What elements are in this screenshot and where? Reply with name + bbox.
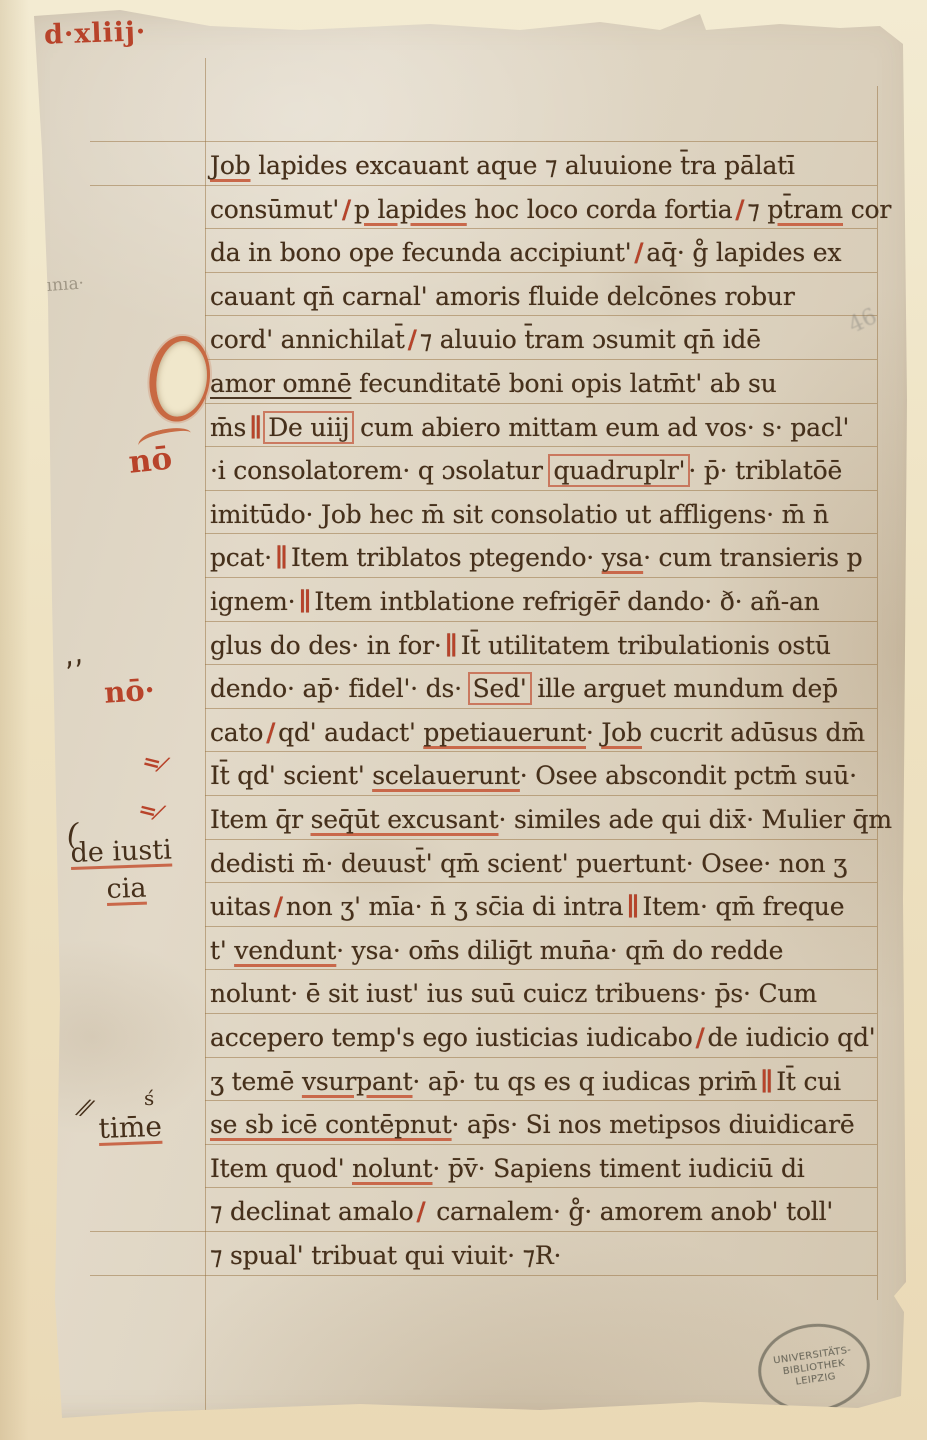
text-segment: Sed' [470,674,530,703]
text-segment: accepero temp's ego iusticias iudicabo [210,1023,693,1052]
text-segment: nolunt [352,1154,432,1183]
text-line-2: consūmut'/p lapides hoc loco corda forti… [210,190,891,234]
rubric-mark: / [263,718,278,747]
text-segment: hoc loco corda fortia [467,195,733,224]
photo-backdrop: Job lapides excauant aque ⁊ aluuione t̄r… [0,0,927,1440]
text-line-12: glus do des· in for·∥It̄ utilitatem trib… [210,626,831,670]
text-segment: imitūdo· Job hec m̄ sit consolatio ut af… [210,500,829,529]
text-line-25: ⁊ declinat amalo/ carnalem· g̊· amorem a… [210,1192,833,1236]
rubric-mark: / [693,1023,708,1052]
text-line-19: t' vendunt· ysa· om̄s diliḡt mun̄a· qm̄ … [210,931,783,975]
text-segment: da in bono ope fecunda accipiunt' [210,238,631,267]
text-segment: pcat· [210,543,272,572]
text-segment: seq̄ūt excusant [311,805,499,834]
ruling-line-horizontal [90,141,877,142]
text-segment: quadruplr' [550,456,688,485]
text-segment: · p̄· triblatōē [688,456,842,485]
rubric-mark: / [271,892,286,921]
text-segment: · p̄v̄· Sapiens timent iudiciū di [432,1154,804,1183]
rubric-margin-mark-2: =⁄ [136,796,164,827]
text-segment: ille arguet mundum dep̄ [530,674,838,703]
folio-number: d·xliij· [43,16,146,51]
text-line-13: dendo· ap̄· fidel'· ds· Sed' ille arguet… [210,669,838,713]
text-segment: p lapides [354,195,467,224]
rubric-mark: / [414,1197,429,1226]
text-segment: qd' audact' [278,718,423,747]
text-segment: nolunt· ē sit iust' ius suū cuicz tribue… [210,979,817,1008]
margin-note-iustitia-line2: cia [106,873,147,905]
text-line-15: It̄ qd' scient' scelauerunt· Osee abscon… [210,756,857,800]
margin-note-iustitia-line1: de iusti [70,834,172,869]
text-line-16: Item q̄r seq̄ūt excusant· similes ade qu… [210,800,892,844]
text-segment: ⁊ spual' tribuat qui viuit· ⁊R· [210,1241,561,1270]
text-segment: It̄ utilitatem tribulationis ostū [461,631,831,660]
text-segment: dendo· ap̄· fidel'· ds· [210,674,470,703]
margin-note-no-1: nō [127,440,174,480]
text-line-3: da in bono ope fecunda accipiunt'/aq̄· g… [210,233,841,277]
rubric-mark: / [631,238,646,267]
text-segment: Job [601,718,641,747]
text-line-26: ⁊ spual' tribuat qui viuit· ⁊R· [210,1236,561,1280]
text-segment: t' [210,936,234,965]
text-line-21: accepero temp's ego iusticias iudicabo/d… [210,1018,875,1062]
rubric-margin-mark-1: =⁄ [140,748,168,779]
ghost-numeral: 46 [845,304,881,338]
text-segment: · Osee abscondit pctm̄ suū· [520,761,857,790]
text-segment: ppetiauerunt [423,718,585,747]
rubric-mark: ∥ [757,1067,776,1096]
text-segment: lapides excauant aque ⁊ aluuione t̄ra pā… [250,151,794,180]
text-segment: Job [210,151,250,180]
text-line-18: uitas/non ʒ' mīa· n̄ ʒ sc̄ia di intra∥It… [210,887,844,931]
rubric-mark: / [732,195,747,224]
margin-squiggle: ś [144,1086,154,1110]
text-segment: · [586,718,602,747]
text-segment: Item· qm̄ freque [642,892,844,921]
text-line-6: amor omnē fecunditatē boni opis latm̄t' … [210,364,777,408]
text-segment: ⁊ [747,195,767,224]
text-segment: amor omnē [210,369,351,398]
margin-quote-mark: ʼʼ [62,654,88,692]
text-line-11: ignem·∥Item intblatione refrigēr̄ dando·… [210,582,820,626]
text-segment: De uiij [265,413,352,442]
text-line-8: ·i consolatorem· q ɔsolatur quadruplr'· … [210,451,842,495]
rubric-mark: ∥ [623,892,642,921]
text-segment: It̄ qd' scient' [210,761,372,790]
text-segment: ignem· [210,587,295,616]
text-segment: vendunt [234,936,336,965]
margin-slash-marks: ⁄⁄ [78,1094,92,1123]
rubric-mark: ∥ [272,543,291,572]
text-segment: · similes ade qui dix̄· Mulier q̄m [498,805,891,834]
text-segment: non ʒ' mīa· n̄ ʒ sc̄ia di intra [286,892,624,921]
text-segment: cauant qn̄ carnal' amoris fluide delcōne… [210,282,795,311]
text-segment: de iudicio qd' [708,1023,876,1052]
text-line-14: cato/qd' audact' ppetiauerunt· Job cucri… [210,713,865,757]
text-line-9: imitūdo· Job hec m̄ sit consolatio ut af… [210,495,829,539]
text-line-22: ʒ temē vsurpant· ap̄· tu qs es q iudicas… [210,1062,841,1106]
text-segment: aq̄· g̊ lapides ex [646,238,841,267]
ruling-line-vertical [205,58,206,1412]
text-segment: ⁊ declinat amalo [210,1197,414,1226]
text-segment: · ap̄s· Si nos metipsos diuidicarē [452,1110,855,1139]
text-segment: Item triblatos ptegendo· [291,543,602,572]
text-line-17: dedisti m̄· deuust̄' qm̄ scient' puertun… [210,844,847,888]
text-segment: cor [843,195,891,224]
text-segment: · cum transieris p [643,543,862,572]
text-line-20: nolunt· ē sit iust' ius suū cuicz tribue… [210,974,817,1018]
text-segment: It̄ cui [776,1067,841,1096]
text-segment: ·i consolatorem· q ɔsolatur [210,456,550,485]
text-segment: carnalem· g̊· amorem anob' toll' [428,1197,833,1226]
text-segment: m̄s [210,413,246,442]
text-segment: dedisti m̄· deuust̄' qm̄ scient' puertun… [210,849,847,878]
text-line-5: cord' annichilat̄/⁊ aluuio t̄ram ɔsumit … [210,320,761,364]
text-segment: Item intblatione refrigēr̄ dando· ð· añ-… [314,587,819,616]
faded-margin-note: ınıa· [46,273,85,296]
text-segment: se sb icē contēpnut [210,1110,452,1139]
text-segment: ysa [602,543,643,572]
text-segment: scelauerunt [372,761,519,790]
text-segment: · ap̄· tu qs es q iudicas prim̄ [412,1067,757,1096]
library-stamp: UNIVERSITÄTS- BIBLIOTHEK LEIPZIG [752,1317,875,1420]
text-line-23: se sb icē contēpnut· ap̄s· Si nos metips… [210,1105,854,1149]
rubric-mark: ∥ [246,413,265,442]
text-line-4: cauant qn̄ carnal' amoris fluide delcōne… [210,277,795,321]
rubric-mark: ∥ [442,631,461,660]
rubric-mark: ∥ [295,587,314,616]
text-segment: fecunditatē boni opis latm̄t' ab su [351,369,776,398]
text-segment: uitas [210,892,271,921]
margin-note-no-2: nō· [103,672,156,709]
text-segment: Item quod' [210,1154,352,1183]
text-segment: ⁊ aluuio t̄ram ɔsumit qn̄ idē [420,325,761,354]
text-segment: Item q̄r [210,805,311,834]
text-segment: cato [210,718,263,747]
text-line-10: pcat·∥Item triblatos ptegendo· ysa· cum … [210,538,862,582]
text-segment: cum abiero mittam eum ad vos· s· pacl' [352,413,849,442]
text-line-24: Item quod' nolunt· p̄v̄· Sapiens timent … [210,1149,805,1193]
text-segment: consūmut' [210,195,339,224]
rubric-mark: / [405,325,420,354]
text-segment: pt̄ram [767,195,843,224]
text-segment: vsurpant [302,1067,412,1096]
text-segment: glus do des· in for· [210,631,442,660]
text-segment: ʒ temē [210,1067,302,1096]
text-line-1: Job lapides excauant aque ⁊ aluuione t̄r… [210,146,795,190]
manuscript-page: Job lapides excauant aque ⁊ aluuione t̄r… [0,0,927,1440]
rubric-mark: / [339,195,354,224]
text-segment: cord' annichilat̄ [210,325,405,354]
text-line-7: m̄s∥De uiij cum abiero mittam eum ad vos… [210,408,849,452]
text-segment: cucrit adūsus dm̄ [642,718,865,747]
ruling-line-vertical [877,86,878,1300]
text-segment: · ysa· om̄s diliḡt mun̄a· qm̄ do redde [336,936,783,965]
margin-note-time: tim̄e [98,1110,162,1145]
